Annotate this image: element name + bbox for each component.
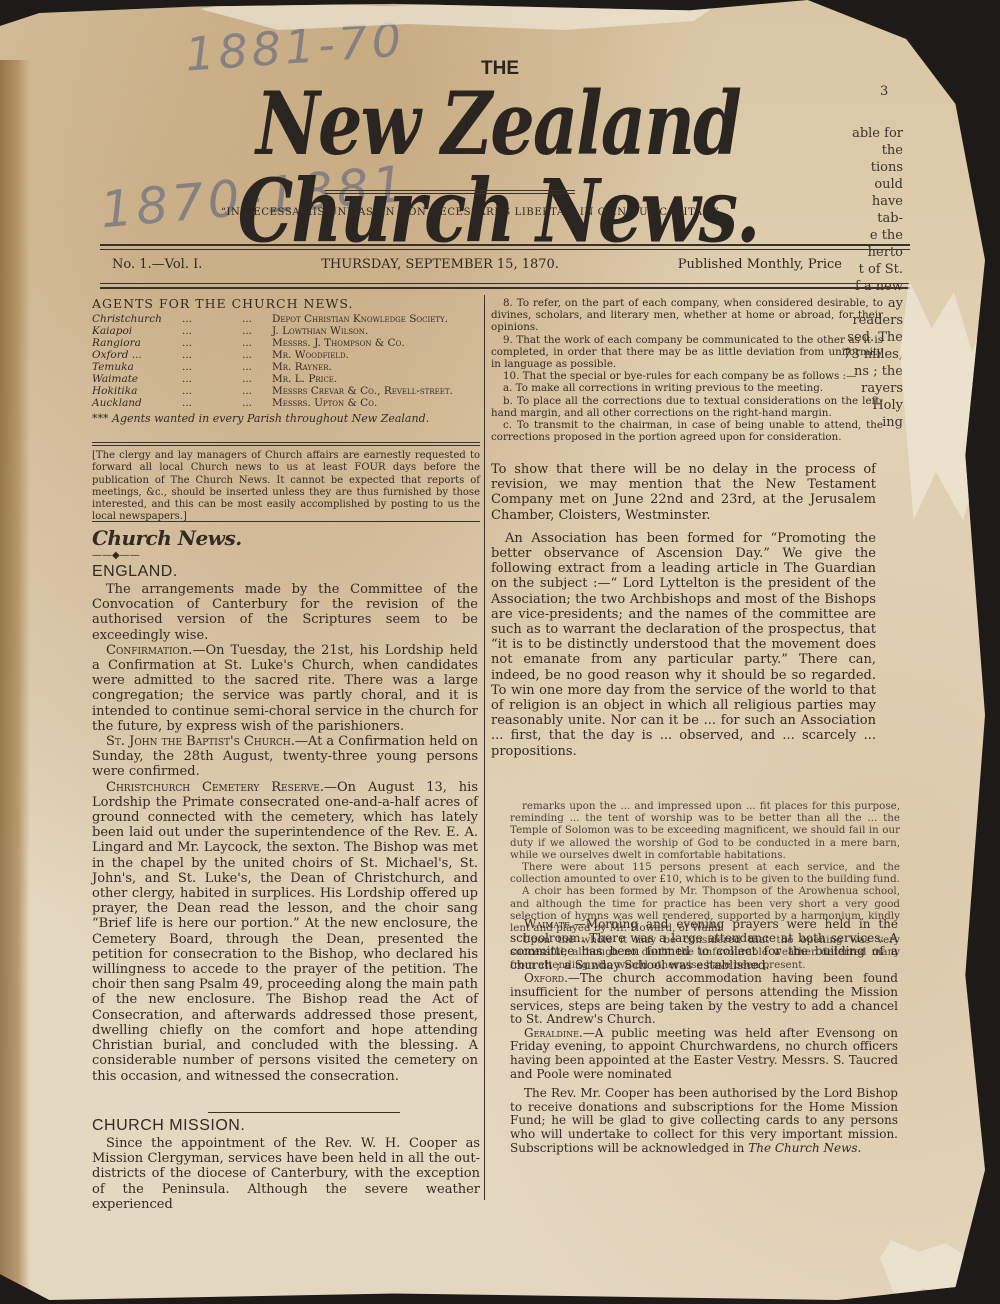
torn-fragment: able for the tions ould have tab- e the … — [835, 125, 903, 431]
association-paragraph: An Association has been formed for “Prom… — [491, 531, 876, 759]
agent-place: Waimate — [92, 373, 182, 385]
agent-row: Waimate ... ... Mr. L. Price. — [92, 373, 478, 385]
england-articles: The arrangements made by the Committee o… — [92, 582, 478, 1084]
fragment-line: sed. The — [835, 329, 903, 346]
fragment-line: e the — [835, 227, 903, 244]
leader-dots: ... — [182, 373, 242, 385]
mission-paragraph: Since the appointment of the Rev. W. H. … — [92, 1136, 480, 1212]
ornament-divider: ——◆—— — [92, 550, 478, 562]
agent-name: Messrs. J. Thompson & Co. — [272, 337, 405, 349]
leader-dots: ... — [182, 361, 242, 373]
fragment-line: ing — [835, 414, 903, 431]
st-john-lead: St. John the Baptist's Church. — [106, 734, 295, 749]
fragment-line: herto — [835, 244, 903, 261]
agent-row: Christchurch ... ... Depot Christian Kno… — [92, 313, 478, 325]
leader-dots: ... — [242, 373, 272, 385]
issue-date: THURSDAY, SEPTEMBER 15, 1870. — [321, 257, 559, 279]
agent-place: Kaiapoi — [92, 325, 182, 337]
agent-row: Auckland ... ... Messrs. Upton & Co. — [92, 397, 478, 409]
fragment-line: the — [835, 142, 903, 159]
agent-row: Temuka ... ... Mr. Rayner. — [92, 361, 478, 373]
issue-number: No. 1.—Vol. I. — [112, 257, 202, 279]
church-mission-section: CHURCH MISSION. Since the appointment of… — [92, 1116, 480, 1212]
cooper-paragraph: The Rev. Mr. Cooper has been authorised … — [510, 1087, 898, 1155]
divider — [100, 287, 910, 289]
divider — [92, 445, 480, 446]
agent-name: Messrs. Upton & Co. — [272, 397, 377, 409]
district-reports: Waimate.—Morning and evening prayers wer… — [510, 918, 898, 1155]
agent-row: Hokitika ... ... Messrs Crevar & Co., Re… — [92, 385, 478, 397]
fragment-line: 73 miles, — [835, 346, 903, 363]
agent-name: J. Lowthian Wilson. — [272, 325, 368, 337]
oxford-paragraph: Oxford.—The church accommodation having … — [510, 972, 898, 1026]
mission-body: Since the appointment of the Rev. W. H. … — [92, 1136, 480, 1212]
divider — [92, 442, 480, 443]
leader-dots: ... — [182, 349, 242, 361]
rule-b: b. To place all the corrections due to t… — [491, 395, 883, 419]
fragment-line: able for — [835, 125, 903, 142]
fragment-line: tab- — [835, 210, 903, 227]
waimate-paragraph: Waimate.—Morning and evening prayers wer… — [510, 918, 898, 972]
publication-frequency: Published Monthly, Price — [678, 257, 842, 279]
leader-dots: ... — [182, 337, 242, 349]
oxford-lead: Oxford. — [524, 971, 568, 985]
leader-dots: ... — [242, 325, 272, 337]
agent-place: Rangiora — [92, 337, 182, 349]
cemetery-text: —On August 13, his Lordship the Primate … — [92, 780, 478, 1084]
st-john-paragraph: St. John the Baptist's Church.—At a Conf… — [92, 734, 478, 780]
leader-dots: ... — [182, 397, 242, 409]
leader-dots: ... — [242, 361, 272, 373]
paper-tear — [200, 0, 720, 30]
masthead-title: New Zealand Church News. — [118, 80, 878, 255]
rule-a: a. To make all corrections in writing pr… — [491, 382, 883, 394]
agent-row: Oxford ... ... ... Mr. Woodfield. — [92, 349, 478, 361]
cemetery-lead: Christchurch Cemetery Reserve. — [106, 780, 324, 795]
agent-name: Mr. Rayner. — [272, 361, 332, 373]
church-news-section: Church News. ——◆—— ENGLAND. The arrangem… — [92, 526, 478, 1084]
leader-dots: ... — [182, 313, 242, 325]
dateline: No. 1.—Vol. I. THURSDAY, SEPTEMBER 15, 1… — [112, 257, 842, 279]
agent-place: Auckland — [92, 397, 182, 409]
revision-rules: 8. To refer, on the part of each company… — [491, 297, 883, 443]
leader-dots: ... — [242, 313, 272, 325]
rule-c: c. To transmit to the chairman, in case … — [491, 419, 883, 443]
england-paragraph: The arrangements made by the Committee o… — [92, 582, 478, 643]
agents-note: *** Agents wanted in every Parish throug… — [92, 412, 478, 425]
page-number: 3 — [880, 84, 888, 99]
agent-name: Mr. L. Price. — [272, 373, 337, 385]
fragment-line: Holy — [835, 397, 903, 414]
rule-8: 8. To refer, on the part of each company… — [491, 297, 883, 334]
divider — [100, 283, 910, 284]
agent-place: Oxford ... — [92, 349, 182, 361]
leader-dots: ... — [242, 349, 272, 361]
leader-dots: ... — [182, 325, 242, 337]
divider — [92, 521, 480, 522]
notice-text: [The clergy and lay managers of Church a… — [92, 450, 480, 524]
confirmation-paragraph: Confirmation.—On Tuesday, the 21st, his … — [92, 643, 478, 734]
agent-name: Depot Christian Knowledge Society. — [272, 313, 448, 325]
fragment-line: rayers — [835, 380, 903, 397]
divider — [325, 193, 575, 194]
agent-name: Messrs Crevar & Co., Revell-street. — [272, 385, 453, 397]
confirmation-lead: Confirmatio — [106, 643, 180, 658]
cemetery-paragraph: Christchurch Cemetery Reserve.—On August… — [92, 780, 478, 1084]
newspaper-page: 1881-70 1870-1881 THE New Zealand Church… — [0, 0, 985, 1300]
leader-dots: ... — [242, 337, 272, 349]
divider — [325, 190, 575, 191]
revision-paragraph: To show that there will be no delay in t… — [491, 462, 876, 523]
geraldine-lead: Geraldine. — [524, 1026, 583, 1040]
paper-tear — [880, 1240, 990, 1300]
paper-tear — [900, 280, 990, 520]
leader-dots: ... — [182, 385, 242, 397]
divider — [208, 1112, 400, 1113]
agent-row: Rangiora ... ... Messrs. J. Thompson & C… — [92, 337, 478, 349]
geraldine-paragraph: Geraldine.—A public meeting was held aft… — [510, 1027, 898, 1081]
rule-9: 9. That the work of each company be comm… — [491, 334, 883, 371]
agents-title: AGENTS FOR THE CHURCH NEWS. — [92, 296, 478, 311]
oxford-text: —The church accommodation having been fo… — [510, 971, 898, 1026]
right-articles: To show that there will be no delay in t… — [491, 462, 876, 759]
publication-name: The Church News. — [748, 1141, 861, 1155]
fragment-line: t of St. — [835, 261, 903, 278]
water-stain — [0, 60, 30, 1300]
section-heading: Church News. — [92, 526, 478, 550]
fragment-line: f a new — [835, 278, 903, 295]
editorial-notice: [The clergy and lay managers of Church a… — [92, 450, 480, 524]
agent-row: Kaiapoi ... ... J. Lowthian Wilson. — [92, 325, 478, 337]
divider — [100, 244, 910, 246]
overlay-text: remarks upon the ... and impressed upon … — [510, 800, 900, 861]
divider — [100, 249, 910, 250]
agents-box: AGENTS FOR THE CHURCH NEWS. Christchurch… — [92, 296, 478, 425]
fragment-line: ould — [835, 176, 903, 193]
agent-place: Temuka — [92, 361, 182, 373]
masthead-motto: “IN NECESSARIIS UNITAS; IN NON NECESSARI… — [170, 207, 770, 218]
attendance-paragraph: There were about 115 persons present at … — [510, 861, 900, 885]
agent-place: Hokitika — [92, 385, 182, 397]
leader-dots: ... — [242, 397, 272, 409]
fragment-line: ay readers — [835, 295, 903, 329]
agent-place: Christchurch — [92, 313, 182, 325]
leader-dots: ... — [242, 385, 272, 397]
agent-name: Mr. Woodfield. — [272, 349, 349, 361]
waimate-lead: Waimate. — [524, 917, 574, 931]
england-heading: ENGLAND. — [92, 562, 478, 582]
fragment-line: ns ; the — [835, 363, 903, 380]
rule-10: 10. That the special or bye-rules for ea… — [491, 370, 883, 382]
mission-heading: CHURCH MISSION. — [92, 1116, 480, 1136]
fragment-line: tions — [835, 159, 903, 176]
column-divider — [484, 295, 485, 1200]
fragment-line: have — [835, 193, 903, 210]
